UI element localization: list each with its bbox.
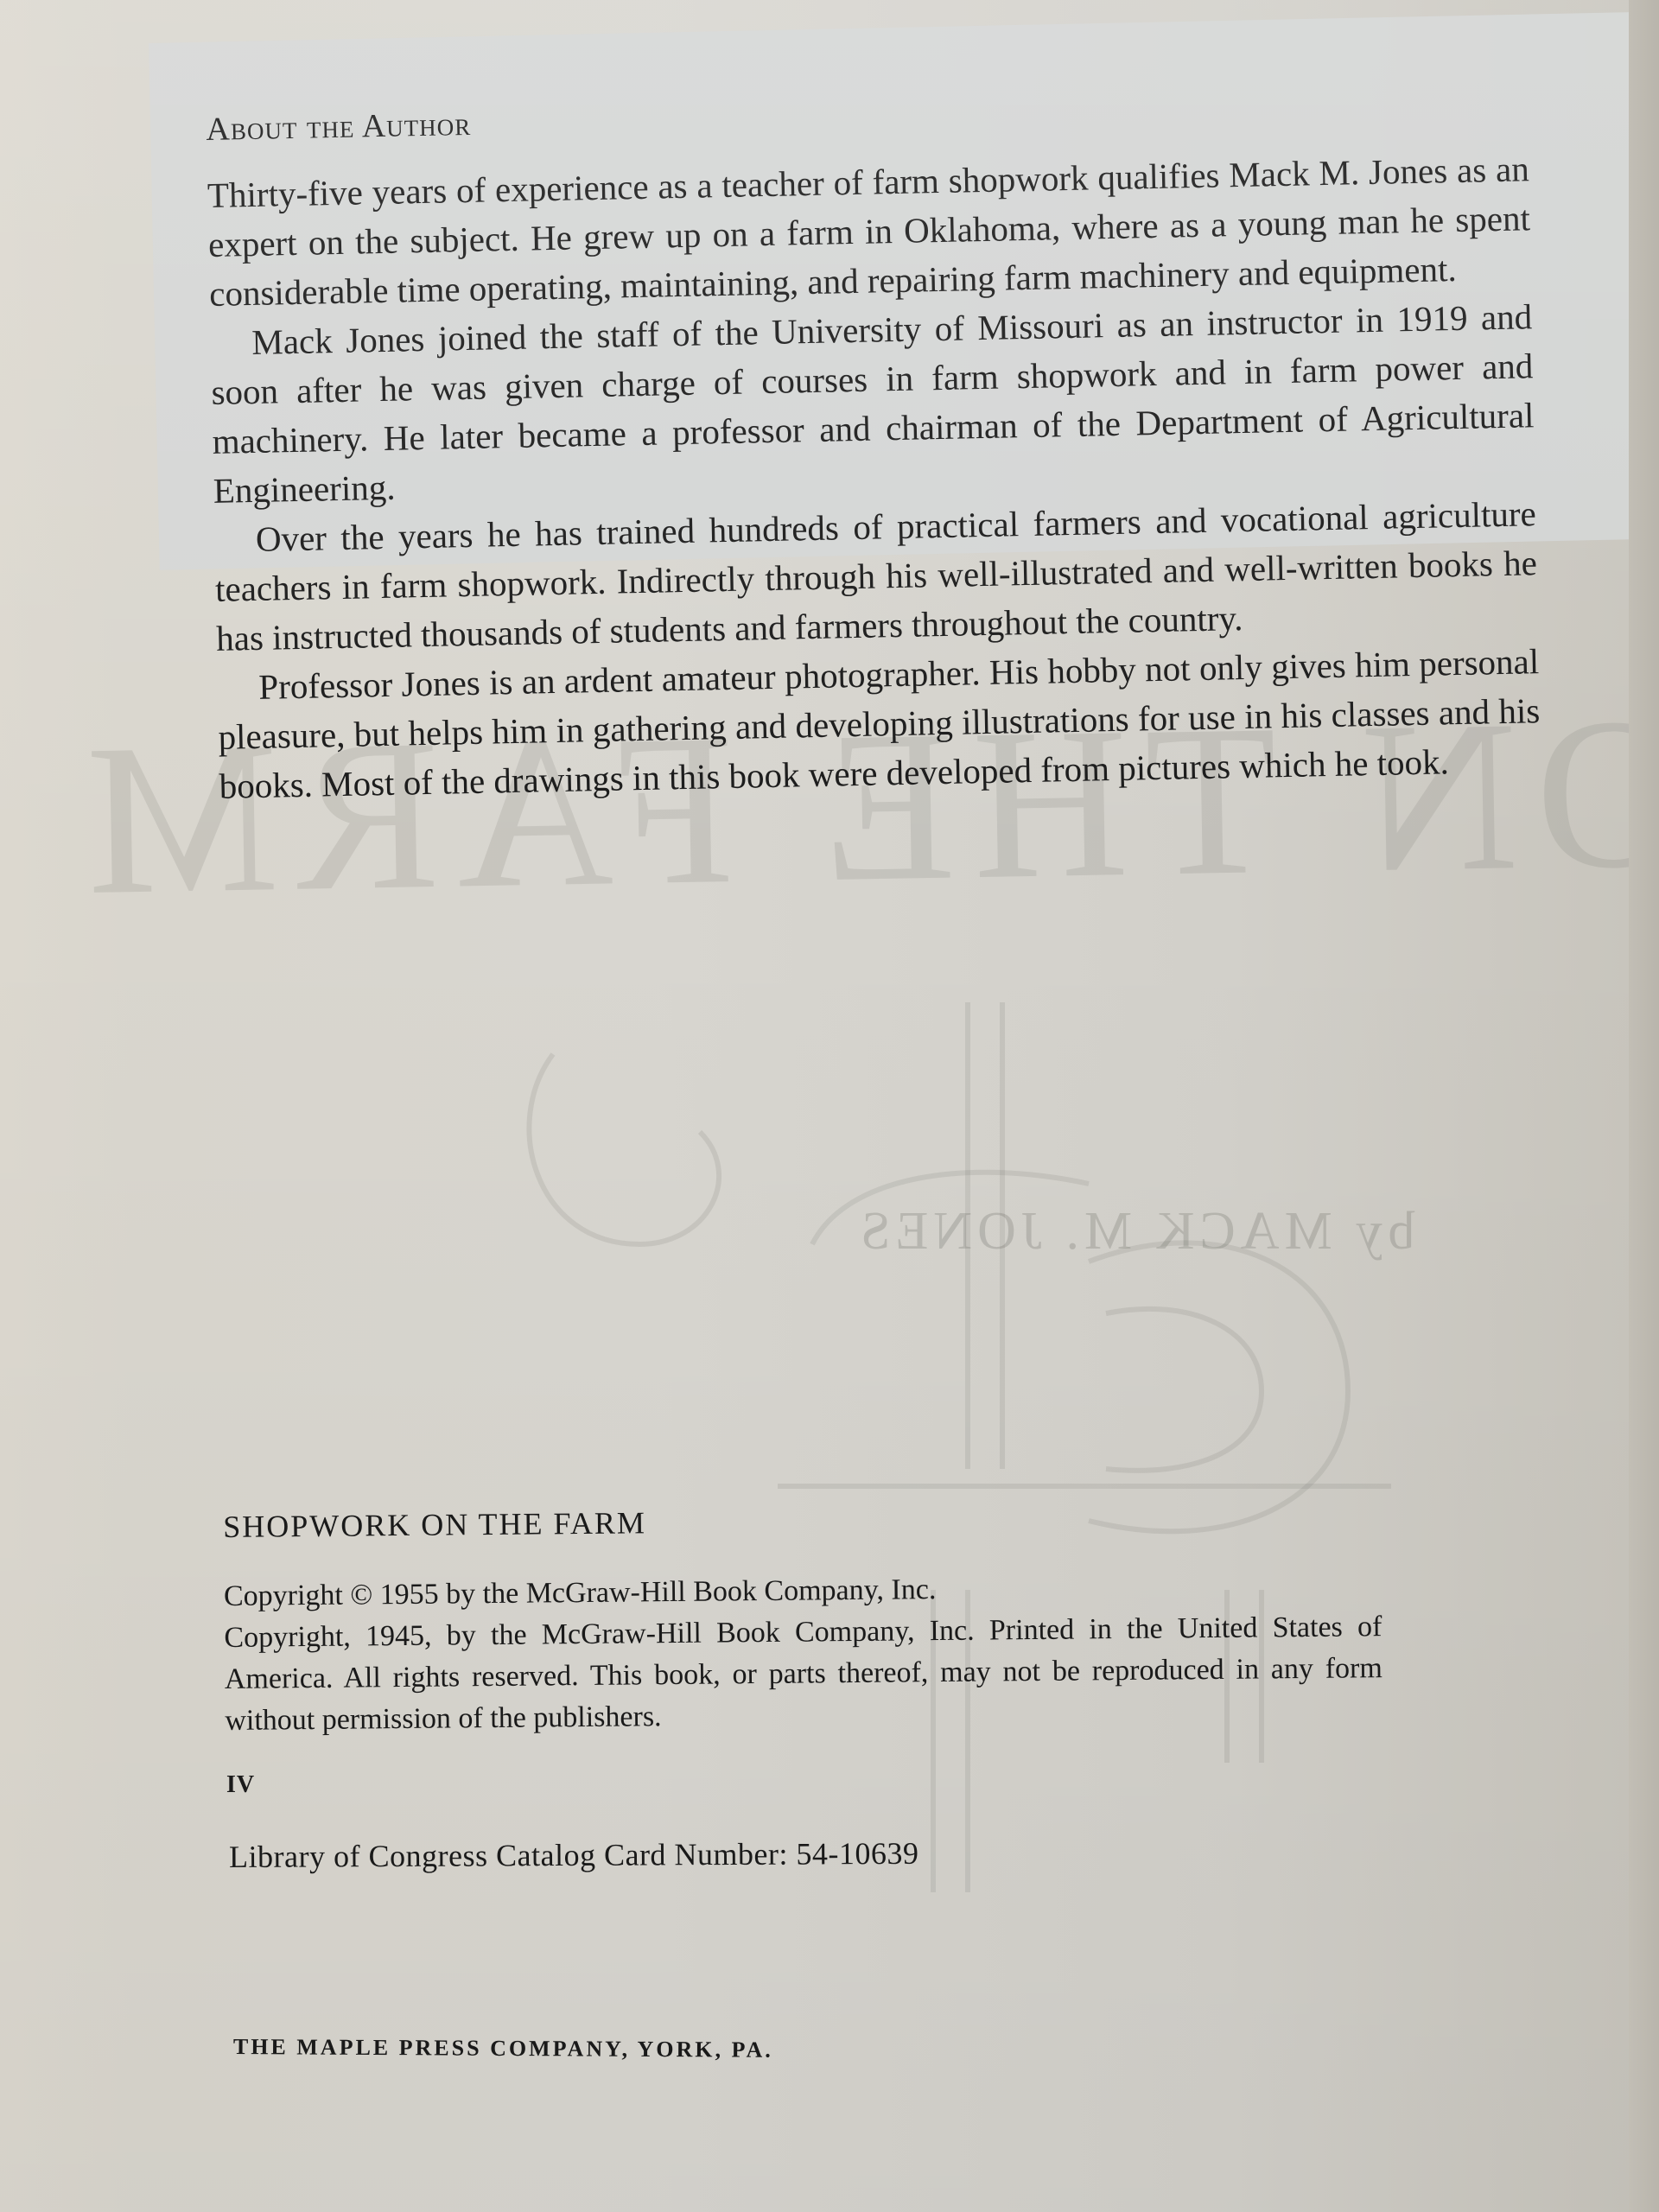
copyright-line-1945: Copyright, 1945, by the McGraw-Hill Book… (224, 1606, 1382, 1742)
book-page: ON THE FARM by MACK M. JONES About the A… (0, 0, 1629, 2212)
book-title: SHOPWORK ON THE FARM (223, 1497, 1381, 1545)
about-the-author-section: About the Author Thirty-five years of ex… (206, 84, 1541, 811)
author-paragraph-3: Over the years he has trained hundreds o… (213, 489, 1538, 664)
library-of-congress-number: Library of Congress Catalog Card Number:… (229, 1835, 919, 1875)
edition-number: IV (226, 1771, 255, 1799)
printer-imprint: THE MAPLE PRESS COMPANY, YORK, PA. (233, 2034, 773, 2063)
show-through-illustration-icon (484, 985, 1564, 1935)
copyright-section: SHOPWORK ON THE FARM Copyright © 1955 by… (223, 1497, 1383, 1742)
author-paragraph-4: Professor Jones is an ardent amateur pho… (217, 637, 1541, 811)
page-edge (1629, 0, 1659, 2212)
show-through-byline: by MACK M. JONES (855, 1201, 1414, 1262)
author-paragraph-1: Thirty-five years of experience as a tea… (207, 144, 1531, 319)
author-paragraph-2: Mack Jones joined the staff of the Unive… (210, 292, 1535, 516)
